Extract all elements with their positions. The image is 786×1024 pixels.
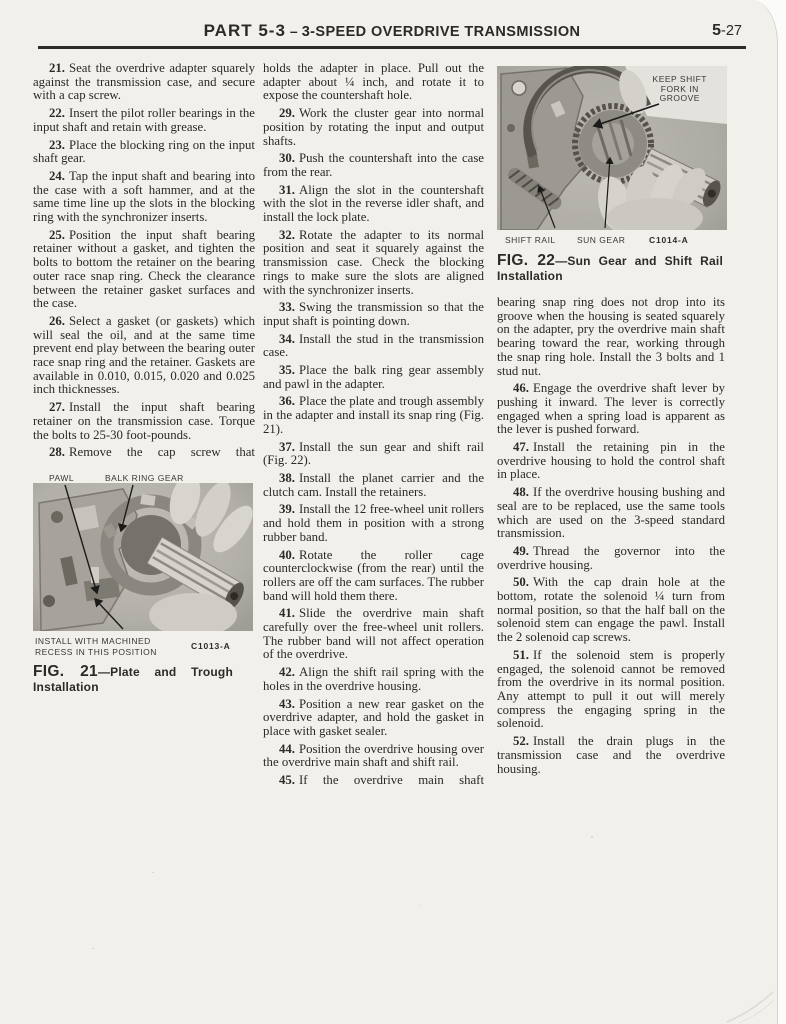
procedure-step: 34.Install the stud in the transmission … [263, 333, 484, 360]
procedure-step: 21.Seat the overdrive adapter squarely a… [33, 62, 255, 103]
procedure-step: 28.Remove the cap screw that [33, 446, 255, 460]
step-number: 44. [279, 742, 295, 756]
page-header: PART 5-3–3-SPEED OVERDRIVE TRANSMISSION … [38, 21, 746, 43]
step-number: 29. [279, 106, 295, 120]
figure-22: KEEP SHIFT FORK IN GROOVE SHIFT RAIL SUN… [497, 66, 727, 284]
step-text: Position a new rear gasket on the overdr… [263, 697, 484, 738]
step-text: Slide the overdrive main shaft carefully… [263, 606, 484, 661]
procedure-step: 41.Slide the overdrive main shaft carefu… [263, 607, 484, 662]
step-text: Install the 12 free-wheel unit rollers a… [263, 502, 484, 543]
procedure-step: 40.Rotate the roller cage counterclockwi… [263, 549, 484, 604]
right-paragraphs: bearing snap ring does not drop into its… [497, 296, 725, 776]
step-text: Install the planet carrier and the clutc… [263, 471, 484, 499]
scan-speck [420, 905, 421, 906]
step-text: Tap the input shaft and bearing into the… [33, 169, 255, 224]
step-text: Insert the pilot roller bearings in the … [33, 106, 255, 134]
step-text: Place the plate and trough assembly in t… [263, 394, 484, 435]
figure-21-caption: FIG. 21—Plate and Trough Installation [33, 664, 233, 695]
step-number: 37. [279, 440, 295, 454]
step-number: 34. [279, 332, 295, 346]
step-number: 51. [513, 648, 529, 662]
procedure-step: 39.Install the 12 free-wheel unit roller… [263, 503, 484, 544]
header-title: PART 5-3–3-SPEED OVERDRIVE TRANSMISSION [38, 21, 746, 41]
step-text: Align the shift rail spring with the hol… [263, 665, 484, 693]
step-text: Install the drain plugs in the transmiss… [497, 734, 725, 775]
label-sun-gear: SUN GEAR [577, 234, 625, 248]
label-keep-shift-fork: KEEP SHIFT FORK IN GROOVE [653, 75, 707, 104]
step-text: Rotate the roller cage counterclockwise … [263, 548, 484, 603]
procedure-step: 32.Rotate the adapter to its normal posi… [263, 229, 484, 298]
procedure-step: 42.Align the shift rail spring with the … [263, 666, 484, 693]
procedure-step: 35.Place the balk ring gear assembly and… [263, 364, 484, 391]
step-text: If the overdrive housing bushing and sea… [497, 485, 725, 540]
figure-21-caption-number: FIG. 21 [33, 663, 98, 680]
procedure-step: 48.If the overdrive housing bushing and … [497, 486, 725, 541]
procedure-step: 37.Install the sun gear and shift rail (… [263, 441, 484, 468]
step-number: 48. [513, 485, 529, 499]
step-number: 52. [513, 734, 529, 748]
figure-22-code: C1014-A [649, 234, 689, 248]
keep-shift-line3: GROOVE [653, 94, 707, 104]
procedure-step: 43.Position a new rear gasket on the ove… [263, 698, 484, 739]
step-number: 32. [279, 228, 295, 242]
procedure-step: holds the adapter in place. Pull out the… [263, 62, 484, 103]
procedure-step: 50.With the cap drain hole at the bottom… [497, 576, 725, 645]
step-number: 43. [279, 697, 295, 711]
procedure-step: bearing snap ring does not drop into its… [497, 296, 725, 378]
step-number: 30. [279, 151, 295, 165]
procedure-step: 22.Insert the pilot roller bearings in t… [33, 107, 255, 134]
step-text: Install the input shaft bearing retainer… [33, 400, 255, 441]
procedure-step: 25.Position the input shaft bearing reta… [33, 229, 255, 311]
step-text: Align the slot in the countershaft with … [263, 183, 484, 224]
procedure-step: 29.Work the cluster gear into normal pos… [263, 107, 484, 148]
step-number: 36. [279, 394, 295, 408]
procedure-step: 33.Swing the transmission so that the in… [263, 301, 484, 328]
step-text: Install the stud in the transmission cas… [263, 332, 484, 360]
column-middle: holds the adapter in place. Pull out the… [263, 62, 484, 792]
procedure-step: 26.Select a gasket (or gaskets) which wi… [33, 315, 255, 397]
step-text: Seat the overdrive adapter squarely agai… [33, 61, 255, 102]
middle-paragraphs: holds the adapter in place. Pull out the… [263, 62, 484, 788]
figure-22-caption: FIG. 22—Sun Gear and Shift Rail Installa… [497, 253, 723, 284]
step-number: 25. [49, 228, 65, 242]
procedure-step: 45.If the overdrive main shaft [263, 774, 484, 788]
manual-page: PART 5-3–3-SPEED OVERDRIVE TRANSMISSION … [0, 0, 778, 1024]
step-number: 33. [279, 300, 295, 314]
page-number: 5-27 [712, 22, 742, 40]
step-number: 22. [49, 106, 65, 120]
step-number: 23. [49, 138, 65, 152]
scan-speck [92, 948, 94, 949]
step-text: holds the adapter in place. Pull out the… [263, 61, 484, 102]
procedure-step: 24.Tap the input shaft and bearing into … [33, 170, 255, 225]
figure-21-top-labels: PAWL BALK RING GEAR [33, 472, 255, 483]
figure-22-bottom-labels: SHIFT RAIL SUN GEAR C1014-A [497, 234, 727, 246]
page-curl [717, 974, 777, 1024]
step-number: 40. [279, 548, 295, 562]
step-text: Work the cluster gear into normal positi… [263, 106, 484, 147]
figure-21-note: INSTALL WITH MACHINED RECESS IN THIS POS… [33, 635, 255, 657]
step-text: Push the countershaft into the case from… [263, 151, 484, 179]
header-dash: – [286, 23, 302, 39]
step-number: 24. [49, 169, 65, 183]
step-number: 50. [513, 575, 529, 589]
step-text: Remove the cap screw that [69, 445, 255, 459]
section-title: 3-SPEED OVERDRIVE TRANSMISSION [302, 24, 581, 40]
step-number: 38. [279, 471, 295, 485]
step-number: 28. [49, 445, 65, 459]
step-number: 42. [279, 665, 295, 679]
step-text: bearing snap ring does not drop into its… [497, 295, 725, 378]
step-text: Rotate the adapter to its normal positio… [263, 228, 484, 297]
column-right: KEEP SHIFT FORK IN GROOVE SHIFT RAIL SUN… [497, 62, 725, 780]
step-text: With the cap drain hole at the bottom, r… [497, 575, 725, 644]
step-text: Swing the transmission so that the input… [263, 300, 484, 328]
step-text: Install the sun gear and shift rail (Fig… [263, 440, 484, 468]
procedure-step: 31.Align the slot in the countershaft wi… [263, 184, 484, 225]
procedure-step: 47.Install the retaining pin in the over… [497, 441, 725, 482]
page-number-part: 5 [712, 22, 721, 39]
step-number: 41. [279, 606, 295, 620]
figure-22-caption-number: FIG. 22 [497, 252, 555, 269]
step-number: 21. [49, 61, 65, 75]
step-text: Position the input shaft bearing retaine… [33, 228, 255, 311]
step-text: If the overdrive main shaft [299, 773, 484, 787]
step-number: 31. [279, 183, 295, 197]
label-pawl: PAWL [49, 472, 74, 486]
step-text: Select a gasket (or gaskets) which will … [33, 314, 255, 397]
figure-21: PAWL BALK RING GEAR [33, 472, 255, 695]
step-text: Engage the overdrive shaft lever by push… [497, 381, 725, 436]
step-text: Place the blocking ring on the input sha… [33, 138, 255, 166]
step-text: If the solenoid stem is properly engaged… [497, 648, 725, 731]
procedure-step: 44.Position the overdrive housing over t… [263, 743, 484, 770]
left-paragraphs: 21.Seat the overdrive adapter squarely a… [33, 62, 255, 460]
figure-21-code: C1013-A [191, 640, 231, 654]
header-rule [38, 46, 746, 49]
step-number: 49. [513, 544, 529, 558]
figure-21-photo [33, 483, 253, 631]
step-text: Install the retaining pin in the overdri… [497, 440, 725, 481]
procedure-step: 27.Install the input shaft bearing retai… [33, 401, 255, 442]
step-number: 46. [513, 381, 529, 395]
procedure-step: 36.Place the plate and trough assembly i… [263, 395, 484, 436]
procedure-step: 46.Engage the overdrive shaft lever by p… [497, 382, 725, 437]
procedure-step: 38.Install the planet carrier and the cl… [263, 472, 484, 499]
step-number: 45. [279, 773, 295, 787]
scan-speck [591, 836, 593, 838]
label-shift-rail: SHIFT RAIL [505, 234, 556, 248]
procedure-step: 30.Push the countershaft into the case f… [263, 152, 484, 179]
scan-speck [152, 872, 154, 873]
step-number: 39. [279, 502, 295, 516]
step-text: Place the balk ring gear assembly and pa… [263, 363, 484, 391]
part-number: PART 5-3 [204, 21, 286, 40]
step-number: 47. [513, 440, 529, 454]
install-note-line2: RECESS IN THIS POSITION [35, 646, 157, 660]
step-number: 35. [279, 363, 295, 377]
page-number-suffix: -27 [721, 23, 742, 39]
step-number: 27. [49, 400, 65, 414]
procedure-step: 49.Thread the governor into the overdriv… [497, 545, 725, 572]
procedure-step: 51.If the solenoid stem is properly enga… [497, 649, 725, 731]
step-text: Thread the governor into the overdrive h… [497, 544, 725, 572]
step-text: Position the overdrive housing over the … [263, 742, 484, 770]
step-number: 26. [49, 314, 65, 328]
procedure-step: 23.Place the blocking ring on the input … [33, 139, 255, 166]
procedure-step: 52.Install the drain plugs in the transm… [497, 735, 725, 776]
column-left: 21.Seat the overdrive adapter squarely a… [33, 62, 255, 695]
label-balk-ring-gear: BALK RING GEAR [105, 472, 184, 486]
